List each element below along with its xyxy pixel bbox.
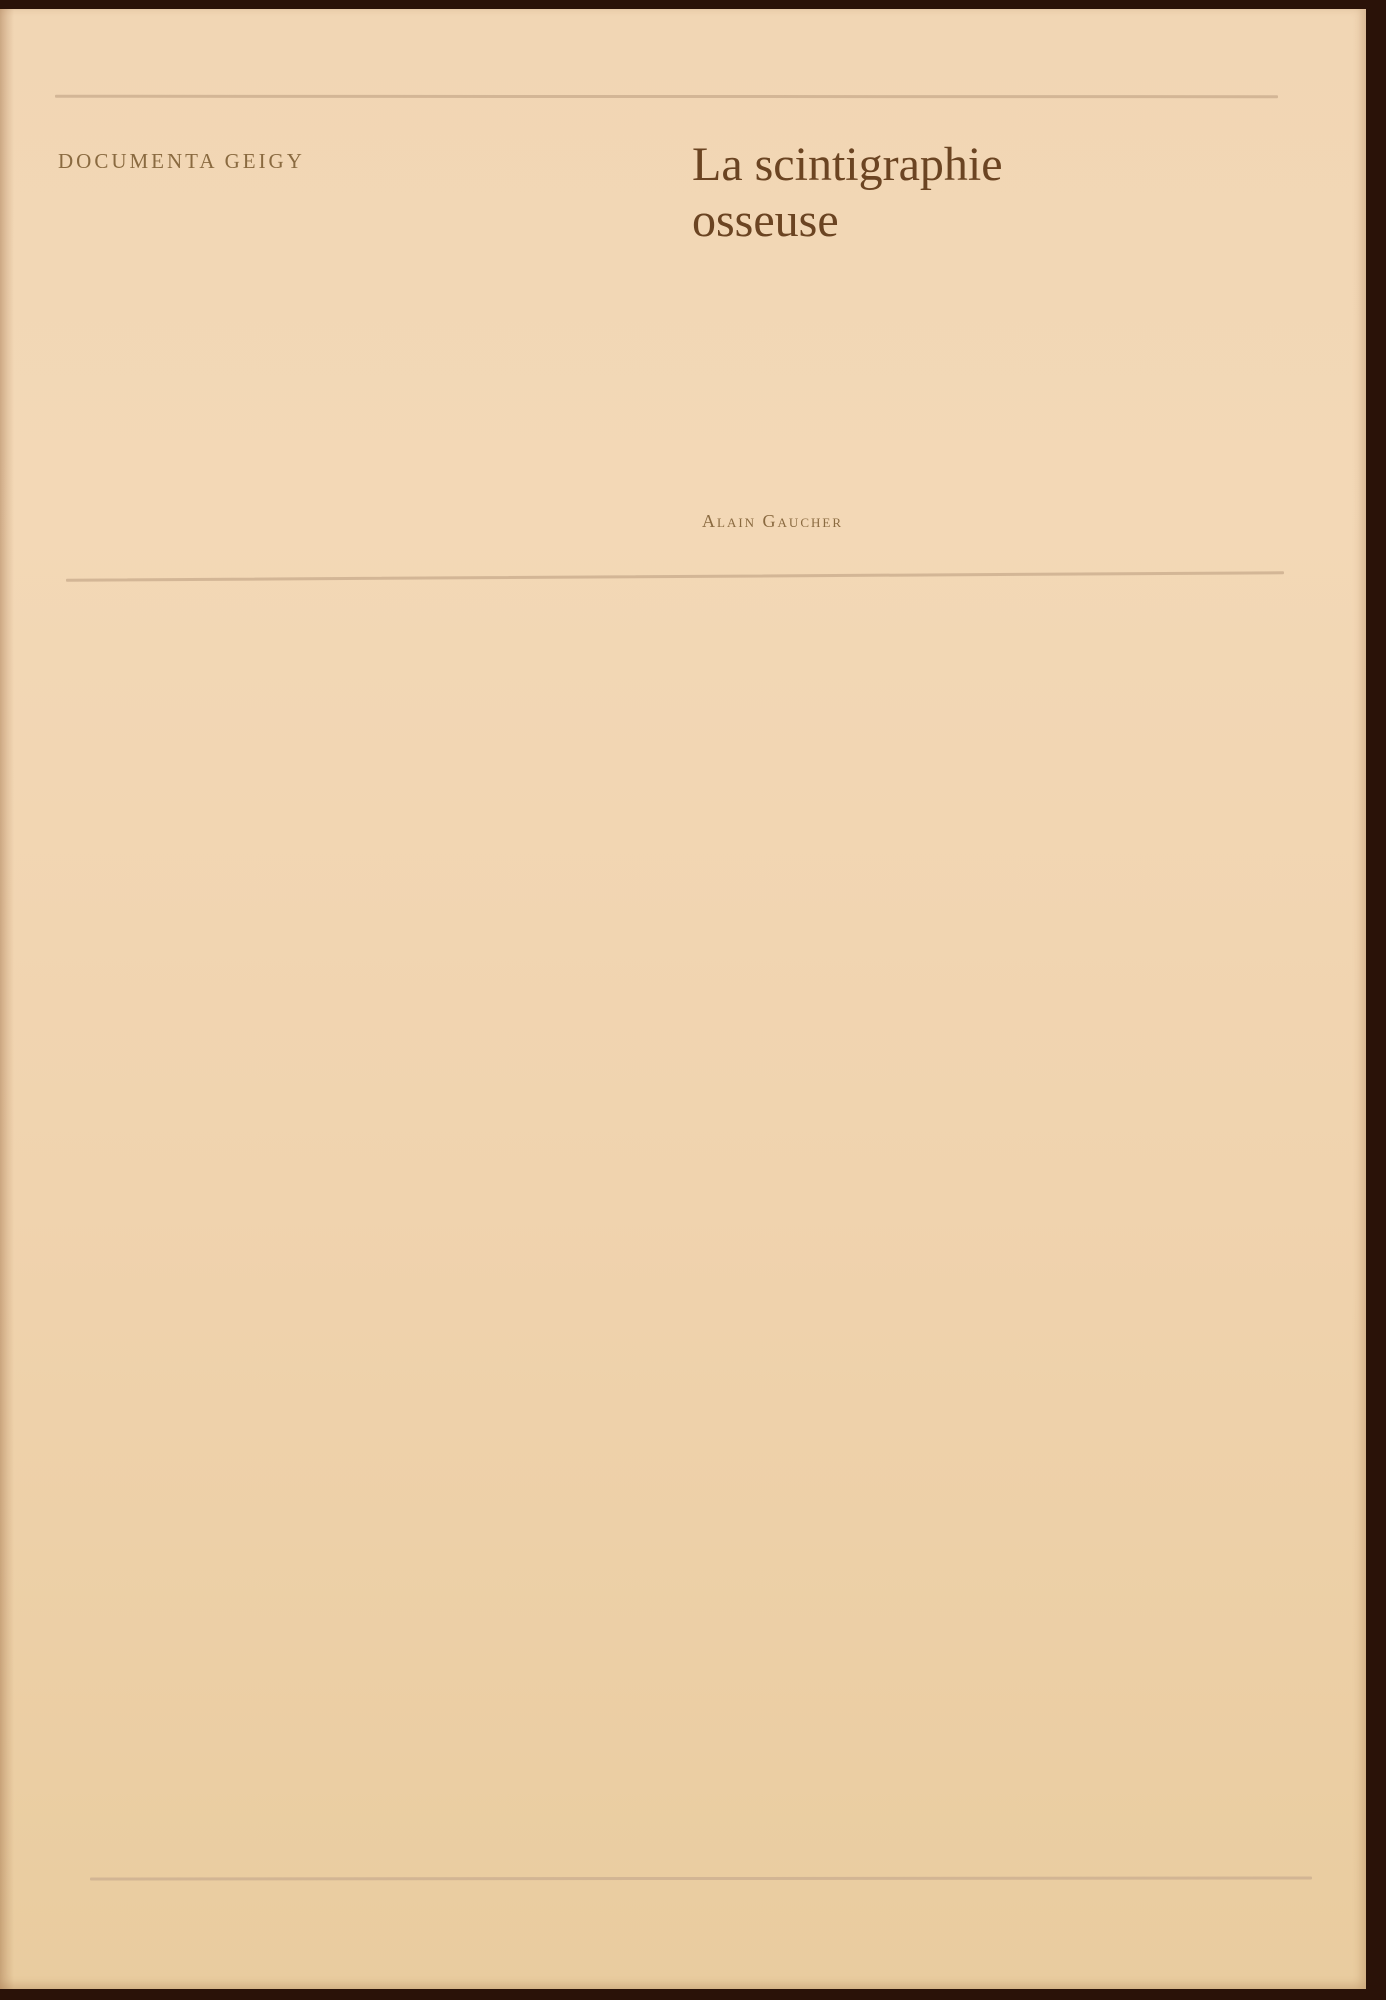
title-line-1: La scintigraphie bbox=[692, 137, 1003, 193]
book-cover: DOCUMENTA GEIGY La scintigraphie osseuse… bbox=[0, 9, 1366, 1989]
top-rule bbox=[55, 95, 1278, 98]
middle-rule bbox=[66, 571, 1284, 581]
author-name: Alain Gaucher bbox=[702, 511, 843, 532]
book-title: La scintigraphie osseuse bbox=[692, 137, 1003, 249]
bottom-rule bbox=[90, 1876, 1312, 1880]
page-edge-shadow bbox=[0, 9, 14, 1989]
title-line-2: osseuse bbox=[692, 193, 1003, 249]
publisher-name: DOCUMENTA GEIGY bbox=[58, 149, 305, 174]
